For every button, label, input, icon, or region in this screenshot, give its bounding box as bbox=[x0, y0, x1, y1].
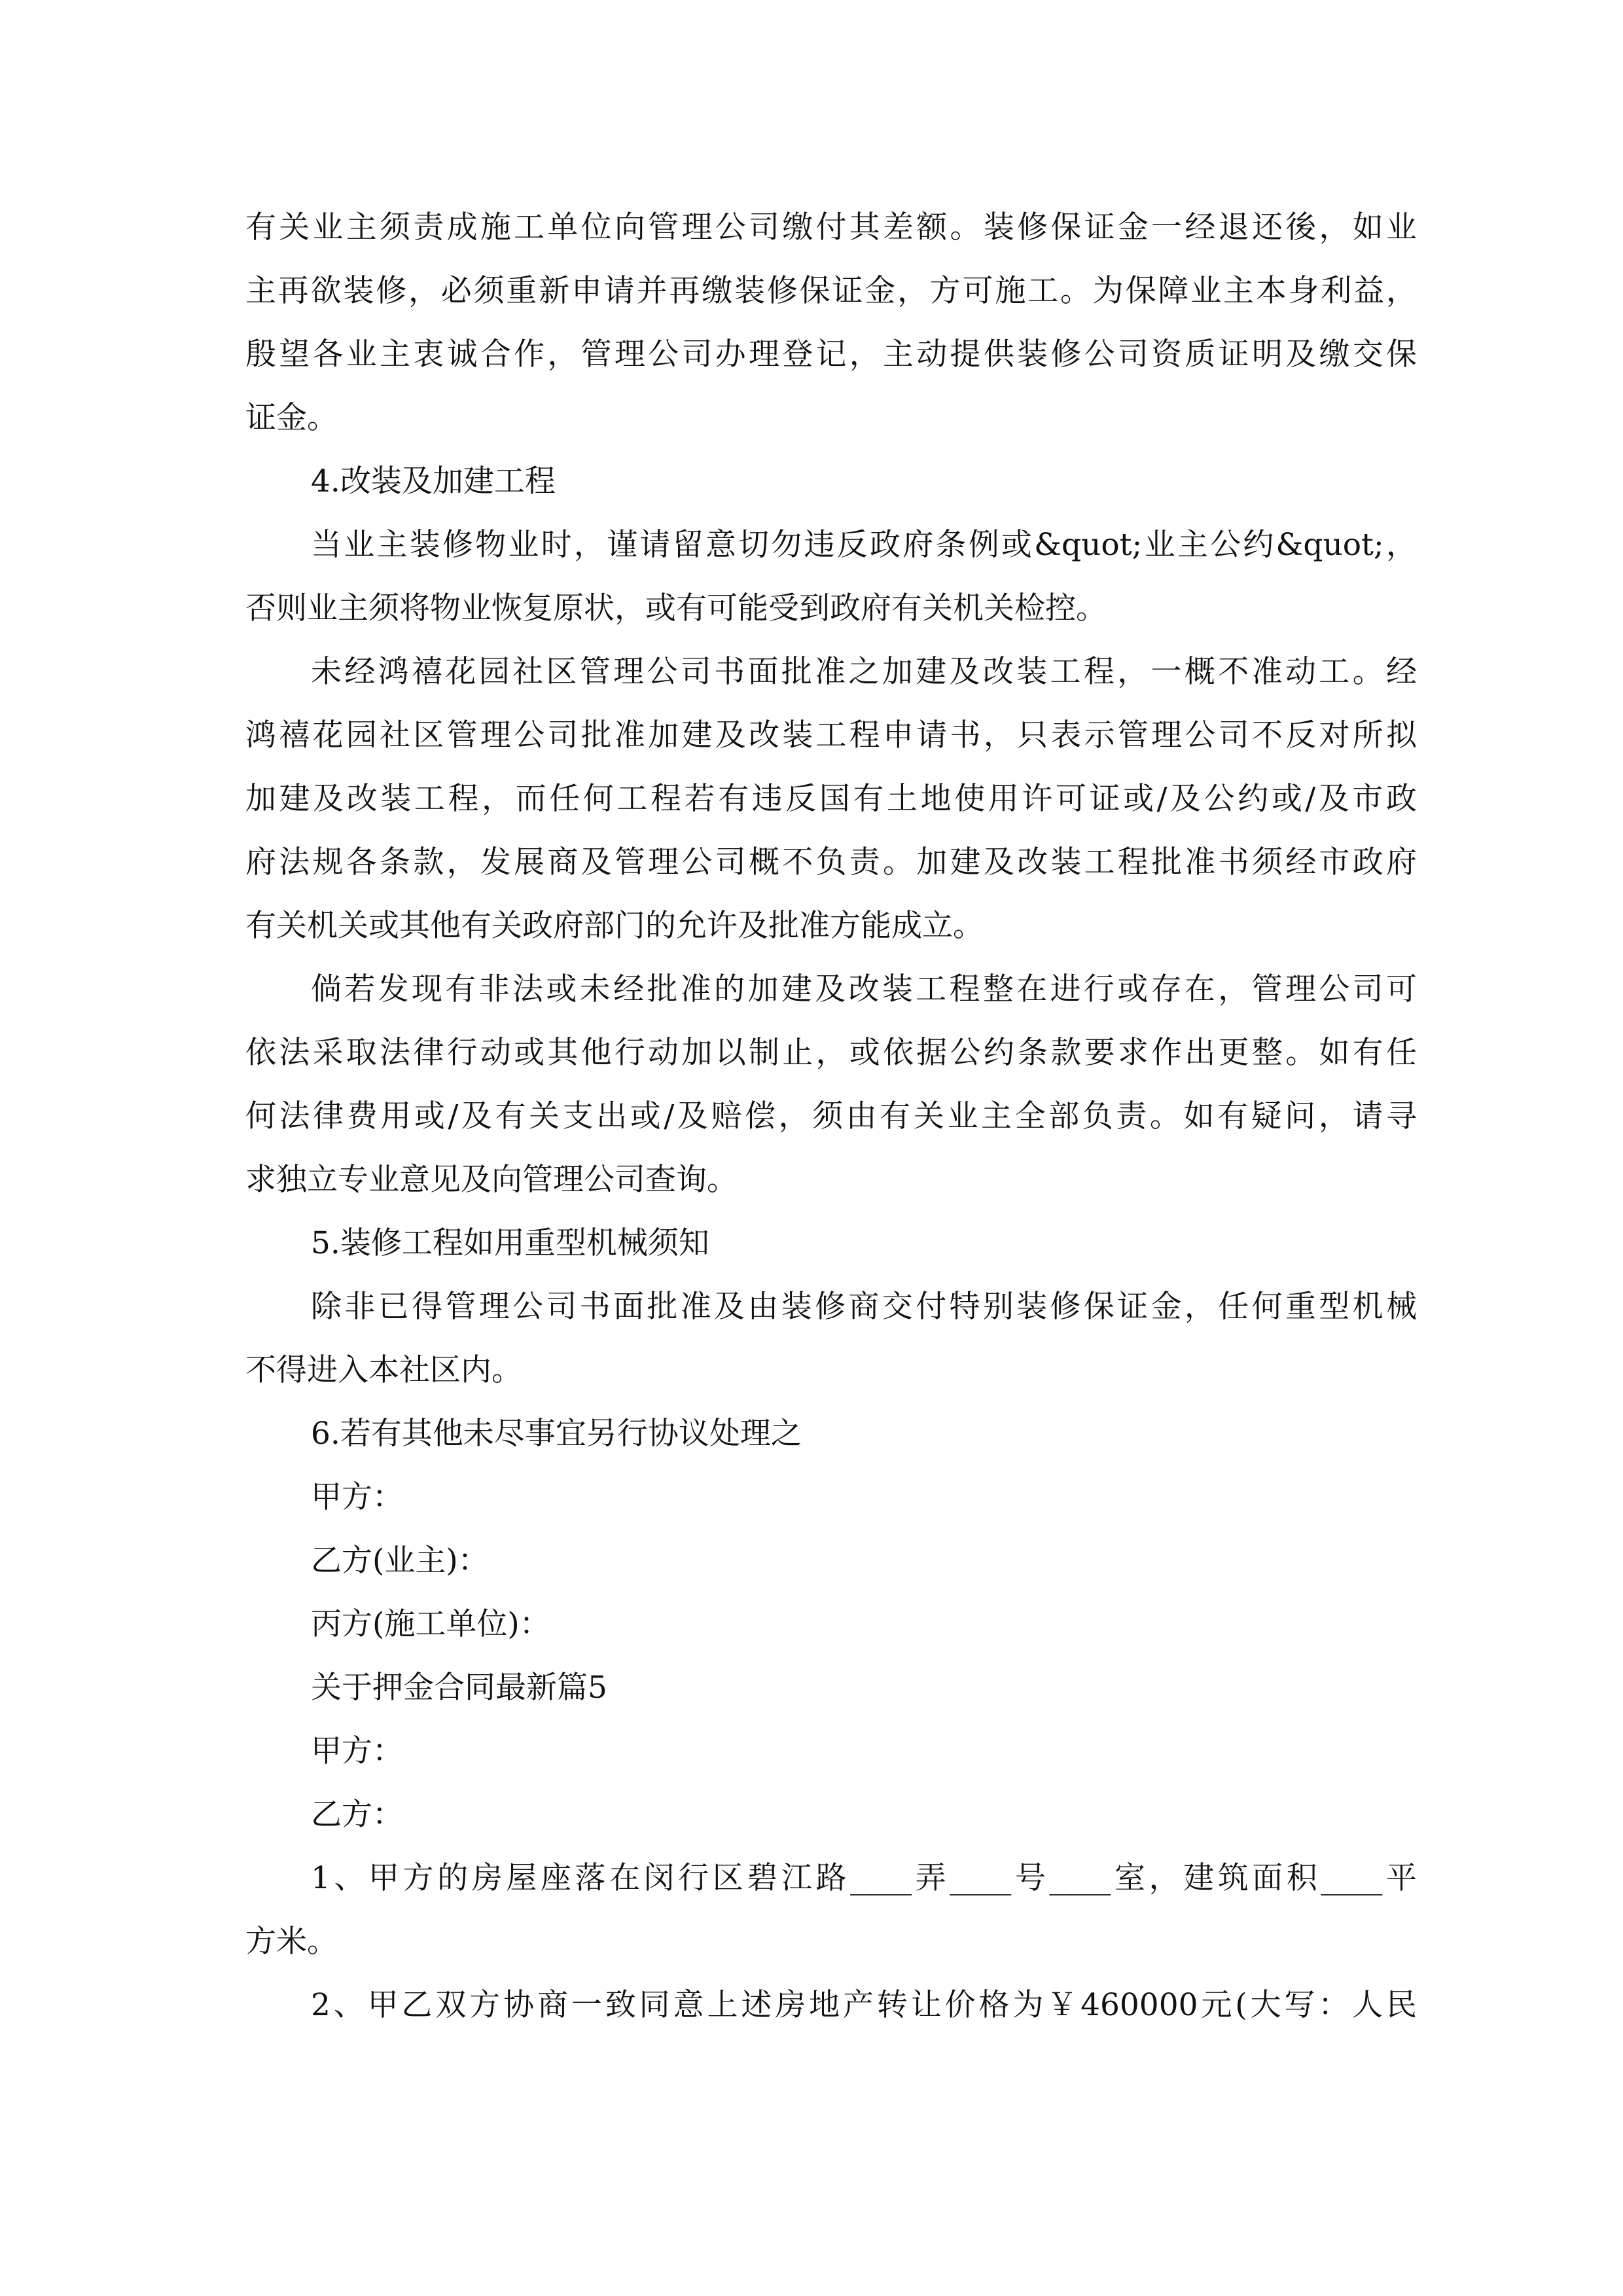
section-heading: 4.改装及加建工程 bbox=[311, 462, 556, 501]
paragraph-line: 主再欲装修，必须重新申请并再缴装修保证金，方可施工。为保障业主本身利益， bbox=[245, 272, 1417, 311]
paragraph-line: 有关机关或其他有关政府部门的允许及批准方能成立。 bbox=[245, 906, 984, 946]
paragraph-line: 加建及改装工程，而任何工程若有违反国有土地使用许可证或/及公约或/及市政 bbox=[245, 780, 1417, 819]
party-a-label: 甲方： bbox=[311, 1732, 403, 1771]
document-title: 关于押金合同最新篇5 bbox=[311, 1668, 607, 1708]
party-b-label: 乙方： bbox=[311, 1795, 403, 1835]
paragraph-line: 求独立专业意见及向管理公司查询。 bbox=[245, 1160, 738, 1200]
paragraph-line: 不得进入本社区内。 bbox=[245, 1351, 522, 1390]
paragraph-line: 殷望各业主衷诚合作，管理公司办理登记，主动提供装修公司资质证明及缴交保 bbox=[245, 335, 1417, 374]
signature-party-b: 乙方(业主)： bbox=[311, 1541, 489, 1581]
paragraph-line: 未经鸿禧花园社区管理公司书面批准之加建及改装工程，一概不准动工。经 bbox=[311, 653, 1417, 692]
signature-party-c: 丙方(施工单位)： bbox=[311, 1605, 550, 1644]
section-heading: 6.若有其他未尽事宜另行协议处理之 bbox=[311, 1414, 802, 1454]
paragraph-line: 依法采取法律行动或其他行动加以制止，或依据公约条款要求作出更整。如有任 bbox=[245, 1033, 1417, 1073]
paragraph-line: 证金。 bbox=[245, 399, 338, 438]
paragraph-line: 否则业主须将物业恢复原状，或有可能受到政府有关机关检控。 bbox=[245, 589, 1107, 628]
paragraph-line: 倘若发现有非法或未经批准的加建及改装工程整在进行或存在，管理公司可 bbox=[311, 970, 1417, 1009]
clause-line: 方米。 bbox=[245, 1922, 338, 1962]
section-heading: 5.装修工程如用重型机械须知 bbox=[311, 1224, 709, 1263]
signature-party-a: 甲方： bbox=[311, 1478, 403, 1517]
clause-line: 1、甲方的房屋座落在闵行区碧江路____弄____号____室，建筑面积____… bbox=[311, 1859, 1417, 1898]
paragraph-line: 当业主装修物业时，谨请留意切勿违反政府条例或&quot;业主公约&quot;， bbox=[311, 526, 1417, 565]
clause-line: 2、甲乙双方协商一致同意上述房地产转让价格为￥460000元(大写：人民 bbox=[311, 1986, 1417, 2025]
paragraph-line: 府法规各条款，发展商及管理公司概不负责。加建及改装工程批准书须经市政府 bbox=[245, 843, 1417, 882]
paragraph-line: 鸿禧花园社区管理公司批准加建及改装工程申请书，只表示管理公司不反对所拟 bbox=[245, 716, 1417, 755]
paragraph-line: 何法律费用或/及有关支出或/及赔偿，须由有关业主全部负责。如有疑问，请寻 bbox=[245, 1097, 1417, 1136]
paragraph-line: 除非已得管理公司书面批准及由装修商交付特别装修保证金，任何重型机械 bbox=[311, 1287, 1417, 1327]
paragraph-line: 有关业主须责成施工单位向管理公司缴付其差额。装修保证金一经退还後，如业 bbox=[245, 208, 1417, 247]
